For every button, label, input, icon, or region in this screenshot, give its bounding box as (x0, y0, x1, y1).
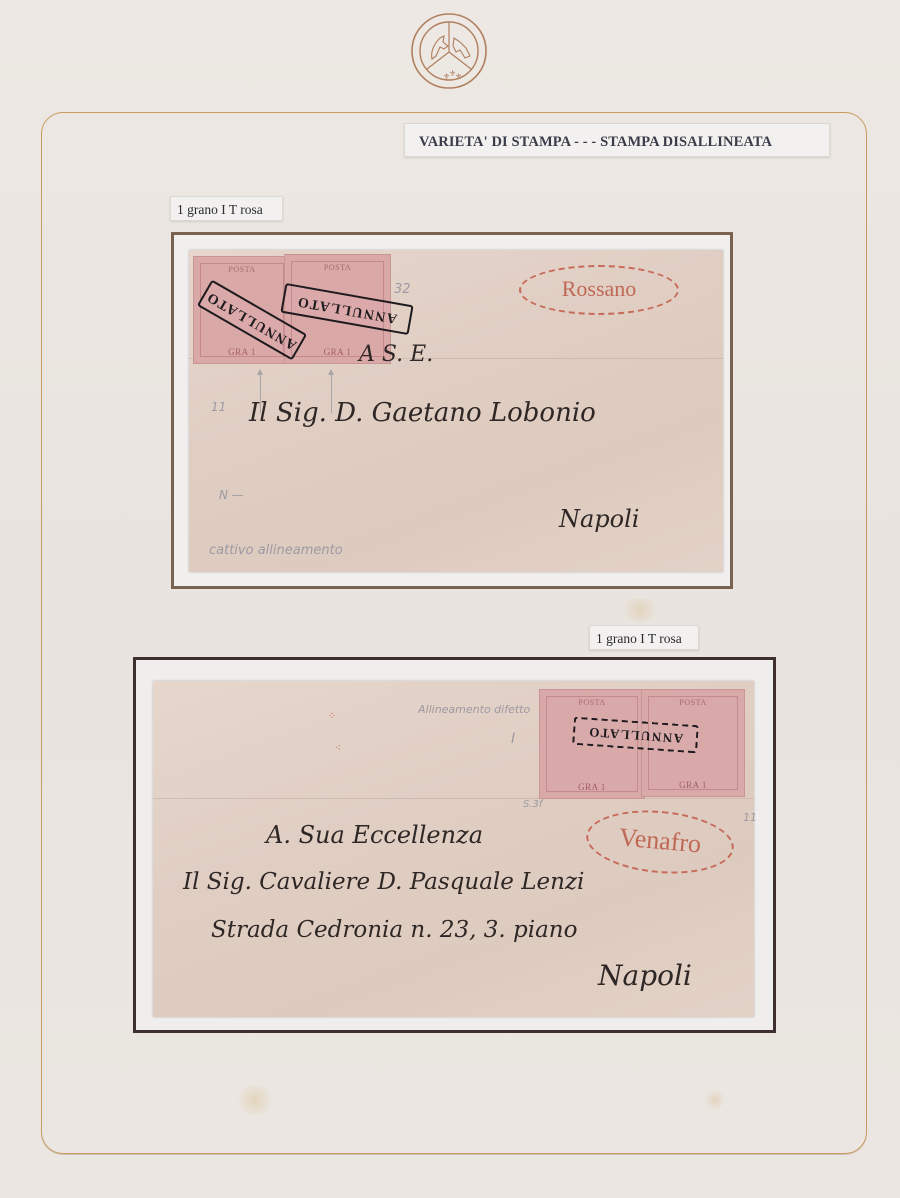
town-postmark: Rossano (519, 265, 679, 315)
foxing-spot (620, 598, 660, 622)
town-postmark: Venafro (584, 805, 737, 880)
foxing-spot (235, 1085, 275, 1115)
fold-line (153, 798, 754, 799)
pencil-note: Allineamento difetto (418, 703, 530, 716)
pencil-note: 11 (743, 811, 757, 824)
cover-2-label: 1 grano I T rosa (589, 625, 699, 650)
cover-2[interactable]: POSTA GRA 1 POSTA GRA 1 ANNULLATO Venafr… (153, 681, 754, 1017)
address-city: Napoli (598, 959, 692, 992)
page-title: VARIETA' DI STAMPA - - - STAMPA DISALLIN… (404, 123, 830, 157)
pencil-note: 11 (211, 400, 226, 414)
pencil-note: I (511, 731, 515, 747)
pencil-note: N — (219, 488, 244, 502)
pencil-note: S.3f (523, 799, 542, 810)
cover-1-label: 1 grano I T rosa (170, 196, 283, 221)
pencil-note: cattivo allineamento (209, 543, 343, 558)
red-ink-fragment: ⁖ (335, 743, 341, 754)
address-city: Napoli (559, 505, 639, 533)
svg-text:⚜: ⚜ (455, 72, 462, 81)
coat-of-arms-icon: ⚜ ⚜ ⚜ (410, 12, 488, 90)
foxing-spot (705, 1090, 725, 1110)
pencil-note: 32 (394, 282, 411, 297)
address-line: Il Sig. D. Gaetano Lobonio (249, 398, 596, 428)
address-line: Strada Cedronia n. 23, 3. piano (211, 917, 577, 943)
address-line: A S. E. (359, 342, 433, 367)
address-line: Il Sig. Cavaliere D. Pasquale Lenzi (183, 869, 584, 895)
red-ink-fragment: ⁘ (328, 711, 336, 722)
cover-1[interactable]: POSTA GRA 1 POSTA GRA 1 ANNULLATO ANNULL… (189, 250, 723, 572)
address-line: A. Sua Eccellenza (266, 821, 483, 849)
